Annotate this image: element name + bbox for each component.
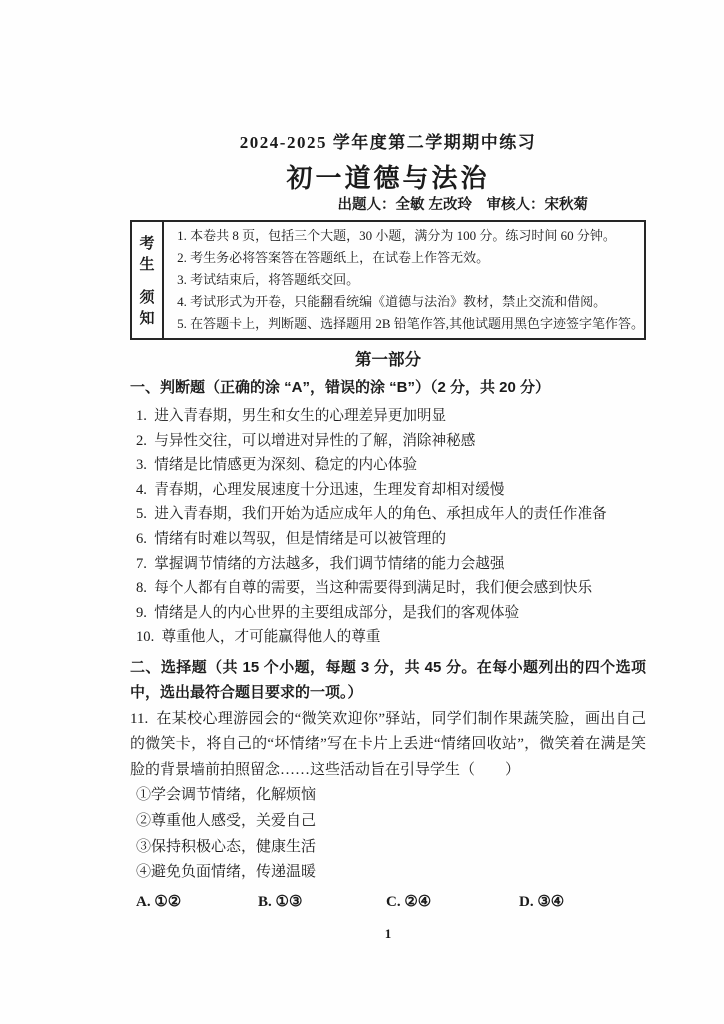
question-11-choices: A. ①② B. ①③ C. ②④ D. ③④	[130, 889, 646, 915]
exam-paper-page: 2024-2025 学年度第二学期期中练习 初一道德与法治 出题人：全敏 左改玲…	[0, 0, 724, 1024]
notice-label: 考 生 须 知	[132, 222, 164, 338]
judgment-item-5: 5. 进入青春期，我们开始为适应成年人的角色、承担成年人的责任作准备	[130, 502, 646, 527]
question-11-option-3: ③保持积极心态，健康生活	[130, 835, 646, 861]
judgment-item-8: 8. 每个人都有自尊的需要，当这种需要得到满足时，我们便会感到快乐	[130, 576, 646, 601]
question-11-option-4: ④避免负面情绪，传递温暖	[130, 860, 646, 886]
question-11: 11. 在某校心理游园会的“微笑欢迎你”驿站，同学们制作果蔬笑脸，画出自己的微笑…	[130, 707, 646, 915]
judgment-item-3: 3. 情绪是比情感更为深刻、稳定的内心体验	[130, 453, 646, 478]
notice-item: 4. 考试形式为开卷，只能翻看统编《道德与法治》教材，禁止交流和借阅。	[177, 291, 644, 313]
judgment-item-9: 9. 情绪是人的内心世界的主要组成部分，是我们的客观体验	[130, 601, 646, 626]
judgment-item-7: 7. 掌握调节情绪的方法越多，我们调节情绪的能力会越强	[130, 552, 646, 577]
part1-heading: 第一部分	[130, 349, 646, 371]
judgment-item-6: 6. 情绪有时难以驾驭，但是情绪是可以被管理的	[130, 527, 646, 552]
judgment-question-list: 1. 进入青春期，男生和女生的心理差异更加明显 2. 与异性交往，可以增进对异性…	[130, 404, 646, 650]
choice-c: C. ②④	[386, 889, 519, 915]
notice-item: 3. 考试结束后，将答题纸交回。	[177, 269, 644, 291]
subject-title: 初一道德与法治	[130, 163, 646, 193]
choice-d: D. ③④	[519, 889, 564, 915]
question-11-option-2: ②尊重他人感受，关爱自己	[130, 809, 646, 835]
byline: 出题人：全敏 左改玲 审核人：宋秋菊	[130, 196, 646, 215]
judgment-item-2: 2. 与异性交往，可以增进对异性的了解，消除神秘感	[130, 429, 646, 454]
notice-list: 1. 本卷共 8 页，包括三个大题，30 小题，满分为 100 分。练习时间 6…	[164, 222, 644, 338]
notice-label-line1: 考 生	[132, 232, 162, 274]
notice-item: 5. 在答题卡上，判断题、选择题用 2B 铅笔作答,其他试题用黑色字迹签字笔作答…	[177, 313, 644, 335]
exam-content: 2024-2025 学年度第二学期期中练习 初一道德与法治 出题人：全敏 左改玲…	[130, 132, 646, 915]
notice-label-line2: 须 知	[132, 286, 162, 328]
choice-b: B. ①③	[258, 889, 386, 915]
judgment-item-1: 1. 进入青春期，男生和女生的心理差异更加明显	[130, 404, 646, 429]
question-11-stem: 11. 在某校心理游园会的“微笑欢迎你”驿站，同学们制作果蔬笑脸，画出自己的微笑…	[130, 707, 646, 784]
judgment-item-10: 10. 尊重他人，才可能赢得他人的尊重	[130, 625, 646, 650]
notice-item: 2. 考生务必将答案答在答题纸上，在试卷上作答无效。	[177, 247, 644, 269]
page-number: 1	[130, 926, 646, 942]
question-11-option-1: ①学会调节情绪，化解烦恼	[130, 783, 646, 809]
multiple-choice-section: 二、选择题（共 15 个小题，每题 3 分，共 45 分。在每小题列出的四个选项…	[130, 655, 646, 915]
candidate-notice-box: 考 生 须 知 1. 本卷共 8 页，包括三个大题，30 小题，满分为 100 …	[130, 220, 646, 340]
judgment-item-4: 4. 青春期，心理发展速度十分迅速，生理发育却相对缓慢	[130, 478, 646, 503]
term-title: 2024-2025 学年度第二学期期中练习	[130, 132, 646, 154]
choice-a: A. ①②	[136, 889, 258, 915]
section2-heading: 二、选择题（共 15 个小题，每题 3 分，共 45 分。在每小题列出的四个选项…	[130, 655, 646, 705]
section1-heading: 一、判断题（正确的涂 “A”，错误的涂 “B”）（2 分，共 20 分）	[130, 375, 646, 400]
notice-item: 1. 本卷共 8 页，包括三个大题，30 小题，满分为 100 分。练习时间 6…	[177, 225, 644, 247]
